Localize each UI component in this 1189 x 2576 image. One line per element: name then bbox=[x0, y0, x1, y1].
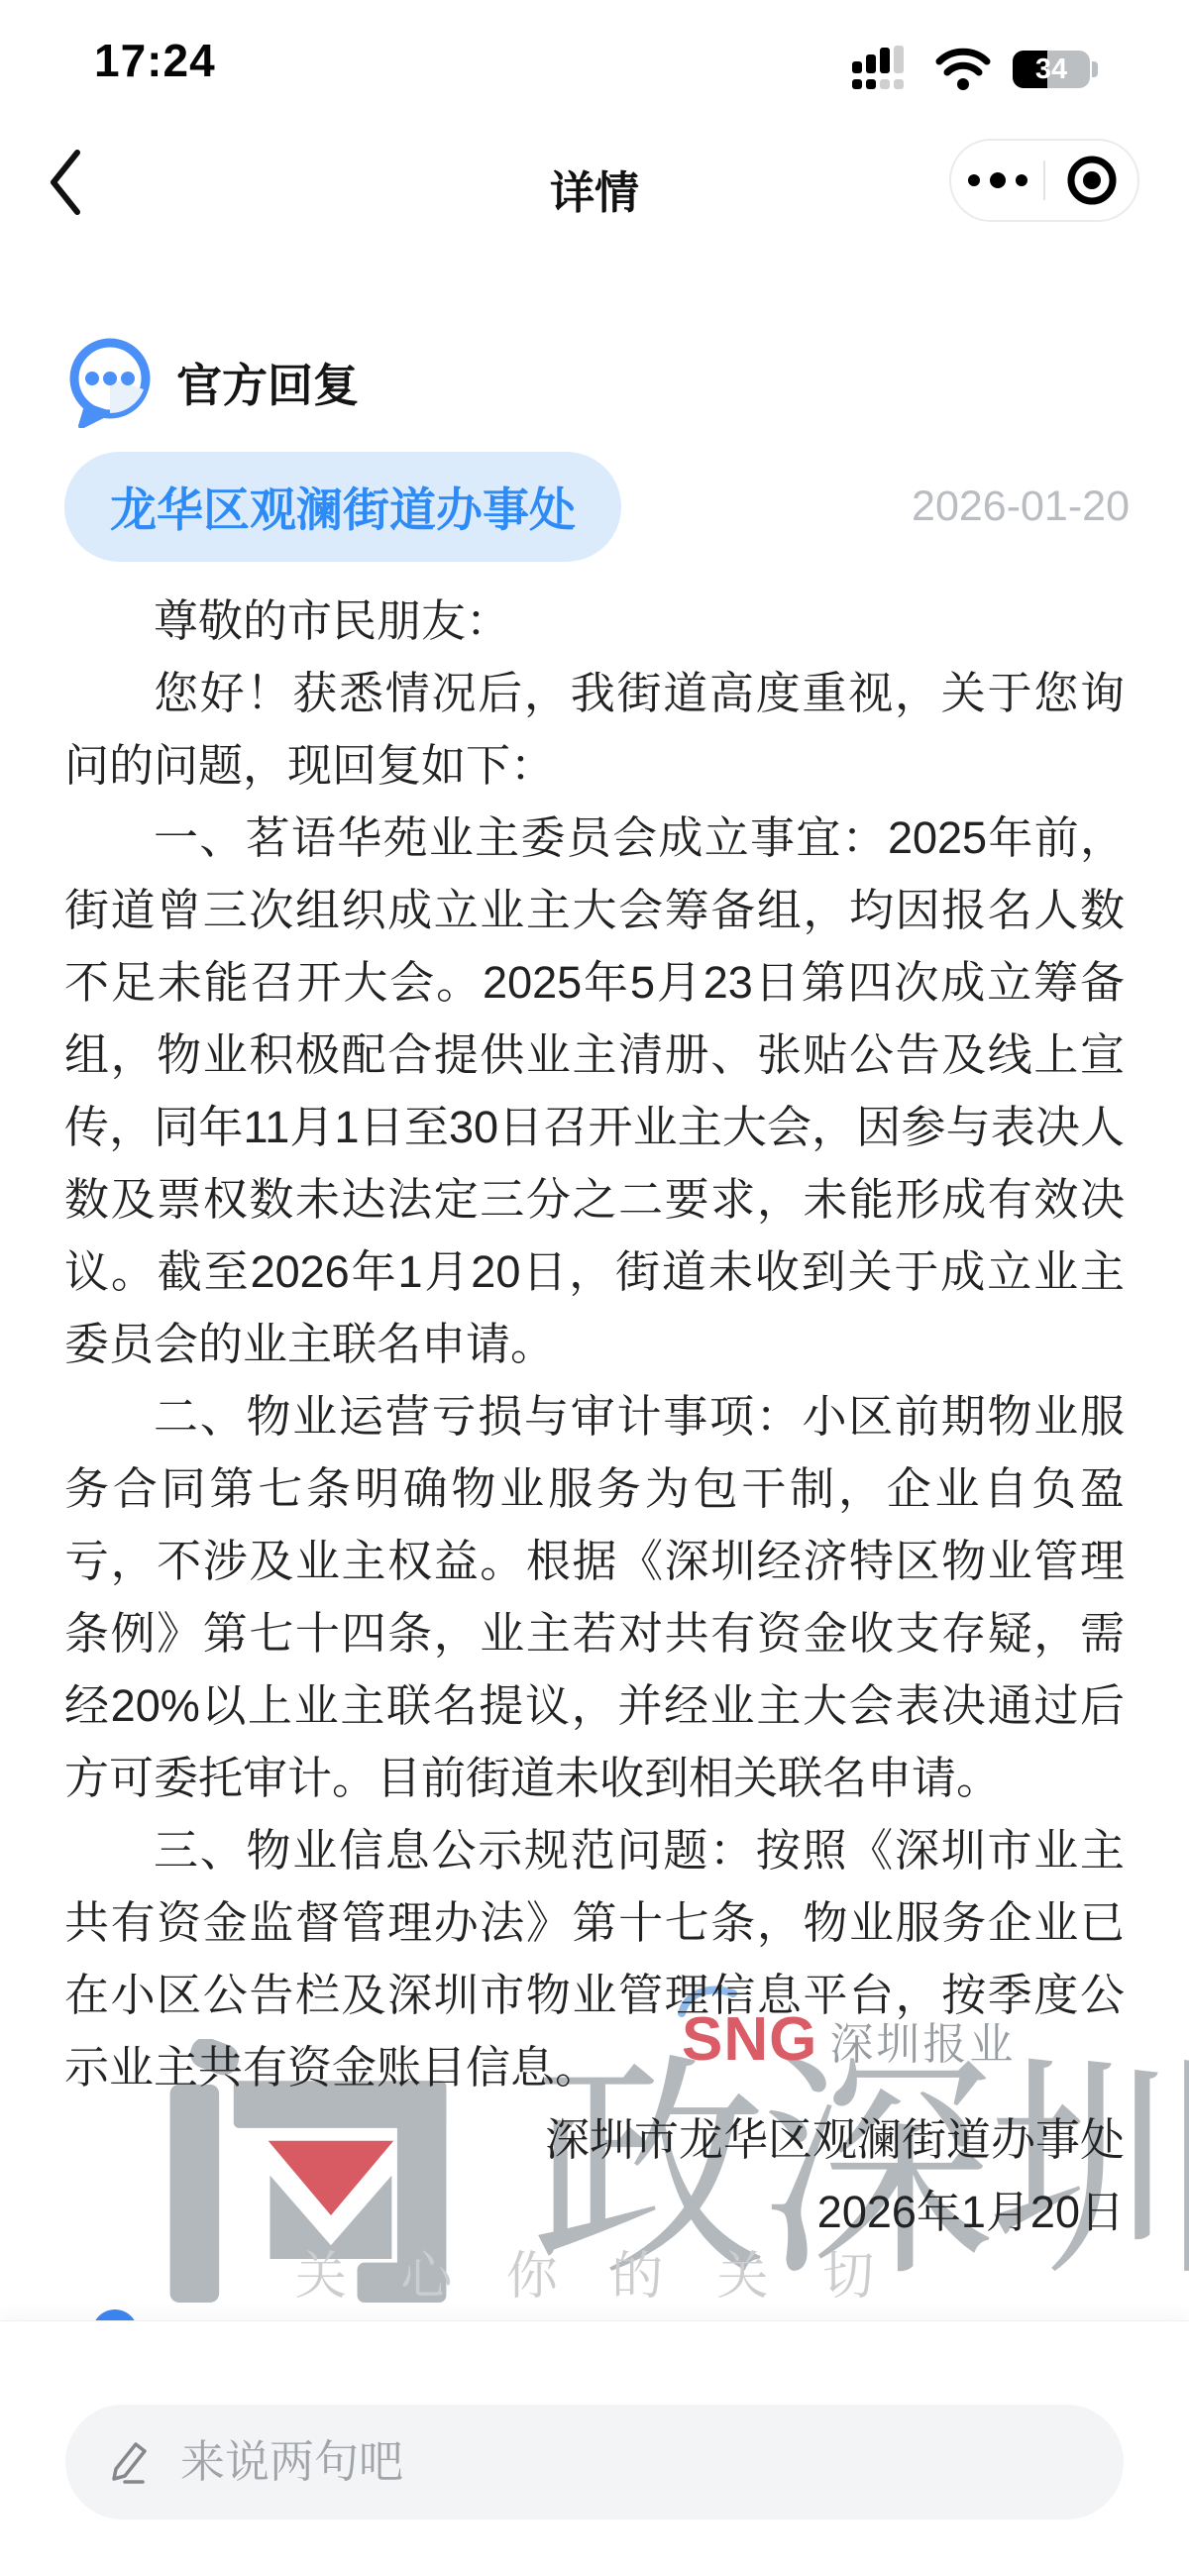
letter-paragraph: 一、茗语华苑业主委员会成立事宜：2025年前，街道曾三次组织成立业主大会筹备组，… bbox=[64, 802, 1125, 1380]
letter-paragraph: 三、物业信息公示规范问题：按照《深圳市业主共有资金监督管理办法》第十七条，物业服… bbox=[64, 1814, 1125, 2103]
status-icons: 34 bbox=[850, 46, 1098, 93]
letter-paragraph: 尊敬的市民朋友： bbox=[64, 585, 1125, 657]
battery-percent: 34 bbox=[1013, 51, 1090, 88]
reply-date: 2026-01-20 bbox=[912, 483, 1130, 531]
battery-nub bbox=[1092, 61, 1098, 77]
detail-page: 17:24 34 bbox=[0, 0, 1189, 2576]
target-circle-icon bbox=[1064, 153, 1120, 208]
comment-input-wrapper[interactable] bbox=[65, 2405, 1124, 2520]
official-reply-label: 官方回复 bbox=[176, 350, 359, 415]
nav-bar: 详情 bbox=[0, 109, 1189, 277]
comment-input[interactable] bbox=[178, 2435, 1086, 2489]
battery-indicator: 34 bbox=[1013, 51, 1098, 88]
status-bar: 17:24 34 bbox=[0, 0, 1189, 109]
more-button[interactable] bbox=[951, 141, 1043, 220]
chat-bubble-icon bbox=[65, 337, 153, 428]
clock: 17:24 bbox=[94, 34, 216, 87]
three-dots-icon bbox=[962, 168, 1033, 192]
signature-department: 深圳市龙华区观澜街道办事处 bbox=[64, 2103, 1125, 2176]
signature-date: 2026年1月20日 bbox=[64, 2176, 1125, 2248]
cellular-signal-icon bbox=[850, 46, 914, 93]
official-reply-header: 官方回复 bbox=[65, 337, 359, 428]
wifi-icon bbox=[935, 48, 991, 91]
department-badge: 龙华区观澜街道办事处 bbox=[64, 452, 621, 562]
letter-paragraph: 您好！获悉情况后，我街道高度重视，关于您询问的问题，现回复如下： bbox=[64, 657, 1125, 802]
reply-meta-row: 龙华区观澜街道办事处 2026-01-20 bbox=[64, 452, 1130, 562]
reply-letter: 尊敬的市民朋友： 您好！获悉情况后，我街道高度重视，关于您询问的问题，现回复如下… bbox=[64, 585, 1125, 2248]
miniprogram-capsule bbox=[949, 139, 1139, 222]
exit-button[interactable] bbox=[1045, 141, 1137, 220]
comment-bar bbox=[0, 2320, 1189, 2576]
pencil-icon bbox=[103, 2436, 155, 2488]
letter-paragraph: 二、物业运营亏损与审计事项：小区前期物业服务合同第七条明确物业服务为包干制，企业… bbox=[64, 1380, 1125, 1814]
